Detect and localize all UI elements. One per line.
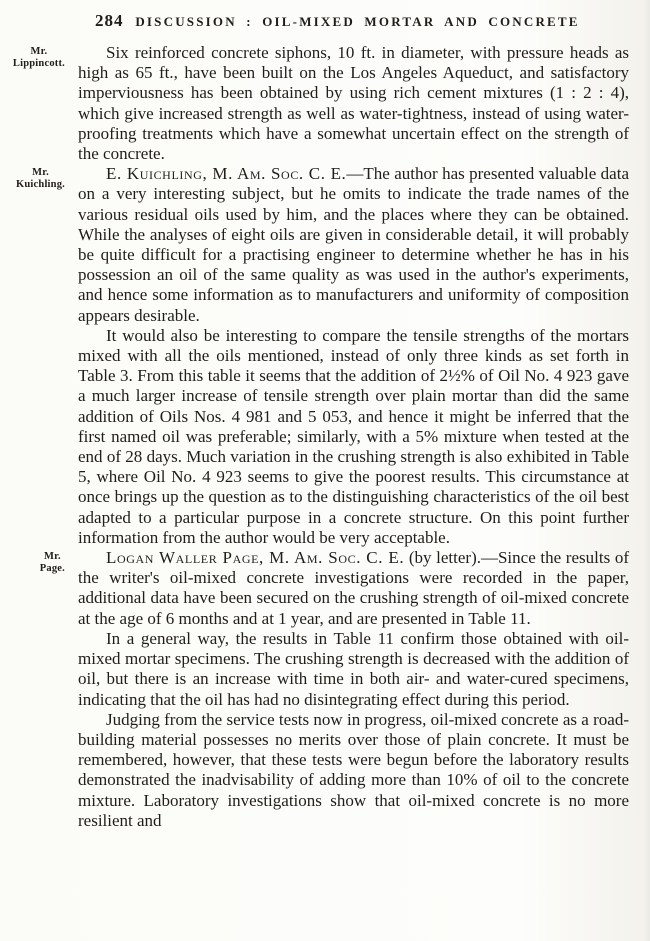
speaker-name: E. Kuichling, M. Am. Soc. C. E. bbox=[106, 164, 346, 183]
margin-note-name: Lippincott. bbox=[13, 58, 65, 70]
margin-note-name: Page. bbox=[40, 563, 65, 575]
margin-note-page: Mr. Page. bbox=[40, 551, 65, 575]
scanned-book-page: 284 DISCUSSION : OIL-MIXED MORTAR AND CO… bbox=[0, 0, 650, 941]
paragraph: Six reinforced concrete siphons, 10 ft. … bbox=[78, 43, 629, 164]
paragraph: Judging from the service tests now in pr… bbox=[78, 710, 629, 831]
paragraph-text: In a general way, the results in Table 1… bbox=[78, 629, 629, 709]
margin-note-honorific: Mr. bbox=[16, 167, 65, 179]
margin-column: Mr. Page. bbox=[0, 548, 78, 575]
page-number: 284 bbox=[95, 11, 124, 31]
margin-note-name: Kuichling. bbox=[16, 179, 65, 191]
speaker-name: Logan Waller Page, M. Am. Soc. C. E. bbox=[106, 548, 404, 567]
margin-column: Mr. Lippincott. bbox=[0, 43, 78, 70]
speech-text: Six reinforced concrete siphons, 10 ft. … bbox=[78, 43, 629, 164]
paragraph: It would also be interesting to compare … bbox=[78, 326, 629, 548]
paragraph: Logan Waller Page, M. Am. Soc. C. E. (by… bbox=[78, 548, 629, 629]
margin-note-honorific: Mr. bbox=[40, 551, 65, 563]
page-body: Mr. Lippincott. Six reinforced concrete … bbox=[0, 43, 629, 831]
margin-note-lippincott: Mr. Lippincott. bbox=[13, 46, 65, 70]
speech-block-kuichling: Mr. Kuichling. E. Kuichling, M. Am. Soc.… bbox=[0, 164, 629, 548]
paragraph-text: Six reinforced concrete siphons, 10 ft. … bbox=[78, 43, 629, 163]
paragraph: E. Kuichling, M. Am. Soc. C. E.—The auth… bbox=[78, 164, 629, 326]
running-head: 284 DISCUSSION : OIL-MIXED MORTAR AND CO… bbox=[0, 10, 650, 36]
paragraph-text: —The author has presented valuable data … bbox=[78, 164, 629, 324]
speech-text: Logan Waller Page, M. Am. Soc. C. E. (by… bbox=[78, 548, 629, 831]
running-head-title: DISCUSSION : OIL-MIXED MORTAR AND CONCRE… bbox=[125, 14, 590, 30]
margin-note-kuichling: Mr. Kuichling. bbox=[16, 167, 65, 191]
speech-text: E. Kuichling, M. Am. Soc. C. E.—The auth… bbox=[78, 164, 629, 548]
paragraph-text: It would also be interesting to compare … bbox=[78, 326, 629, 547]
speech-block-page: Mr. Page. Logan Waller Page, M. Am. Soc.… bbox=[0, 548, 629, 831]
margin-note-honorific: Mr. bbox=[13, 46, 65, 58]
margin-column: Mr. Kuichling. bbox=[0, 164, 78, 191]
paragraph: In a general way, the results in Table 1… bbox=[78, 629, 629, 710]
speech-block-lippincott: Mr. Lippincott. Six reinforced concrete … bbox=[0, 43, 629, 164]
paragraph-text: Judging from the service tests now in pr… bbox=[78, 710, 629, 830]
